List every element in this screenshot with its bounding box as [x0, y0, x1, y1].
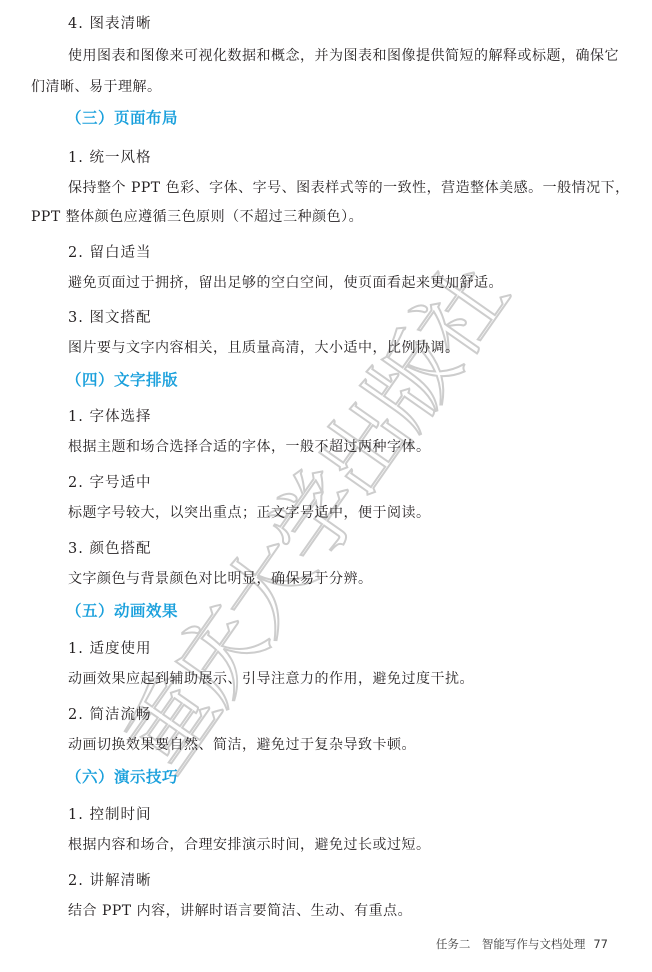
section-heading-presentation: （六）演示技巧 [66, 765, 178, 787]
chapter-title: 任务二 智能写作与文档处理 [436, 937, 586, 951]
paragraph: 图片要与文字内容相关，且质量高清，大小适中，比例协调。 [68, 337, 460, 357]
paragraph: 文字颜色与背景颜色对比明显，确保易于分辨。 [68, 568, 373, 588]
paragraph: 们清晰、易于理解。 [31, 76, 162, 96]
subheading-time-control: 1. 控制时间 [68, 803, 151, 824]
paragraph: PPT 整体颜色应遵循三色原则（不超过三种颜色）。 [31, 206, 363, 226]
paragraph: 根据内容和场合，合理安排演示时间，避免过长或过短。 [68, 834, 431, 854]
subheading-color-matching: 3. 颜色搭配 [68, 537, 151, 558]
paragraph: 保持整个 PPT 色彩、字体、字号、图表样式等的一致性，营造整体美感。一般情况下… [68, 177, 630, 197]
subheading-font-size: 2. 字号适中 [68, 471, 151, 492]
subheading-image-text: 3. 图文搭配 [68, 306, 151, 327]
subheading-moderate-use: 1. 适度使用 [68, 637, 151, 658]
section-heading-typography: （四）文字排版 [66, 368, 178, 390]
subheading-whitespace: 2. 留白适当 [68, 241, 151, 262]
paragraph: 使用图表和图像来可视化数据和概念，并为图表和图像提供简短的解释或标题，确保它 [68, 45, 619, 65]
paragraph: 根据主题和场合选择合适的字体，一般不超过两种字体。 [68, 436, 431, 456]
paragraph: 标题字号较大，以突出重点；正文字号适中，便于阅读。 [68, 502, 431, 522]
paragraph: 动画效果应起到辅助展示、引导注意力的作用，避免过度干扰。 [68, 668, 474, 688]
section-heading-animation: （五）动画效果 [66, 599, 178, 621]
subheading-smooth: 2. 简洁流畅 [68, 703, 151, 724]
document-page: 重庆大学出版社 4. 图表清晰 使用图表和图像来可视化数据和概念，并为图表和图像… [0, 0, 652, 972]
subheading-unified-style: 1. 统一风格 [68, 146, 151, 167]
subheading-clear-explanation: 2. 讲解清晰 [68, 869, 151, 890]
paragraph: 避免页面过于拥挤，留出足够的空白空间，使页面看起来更加舒适。 [68, 272, 503, 292]
subheading-font-choice: 1. 字体选择 [68, 405, 151, 426]
page-number: 77 [593, 937, 608, 951]
paragraph: 动画切换效果要自然、简洁，避免过于复杂导致卡顿。 [68, 734, 416, 754]
page-footer: 任务二 智能写作与文档处理77 [436, 936, 608, 952]
paragraph: 结合 PPT 内容，讲解时语言要简洁、生动、有重点。 [68, 900, 412, 920]
section-heading-page-layout: （三）页面布局 [66, 106, 178, 128]
subheading-chart-clarity: 4. 图表清晰 [68, 12, 151, 33]
